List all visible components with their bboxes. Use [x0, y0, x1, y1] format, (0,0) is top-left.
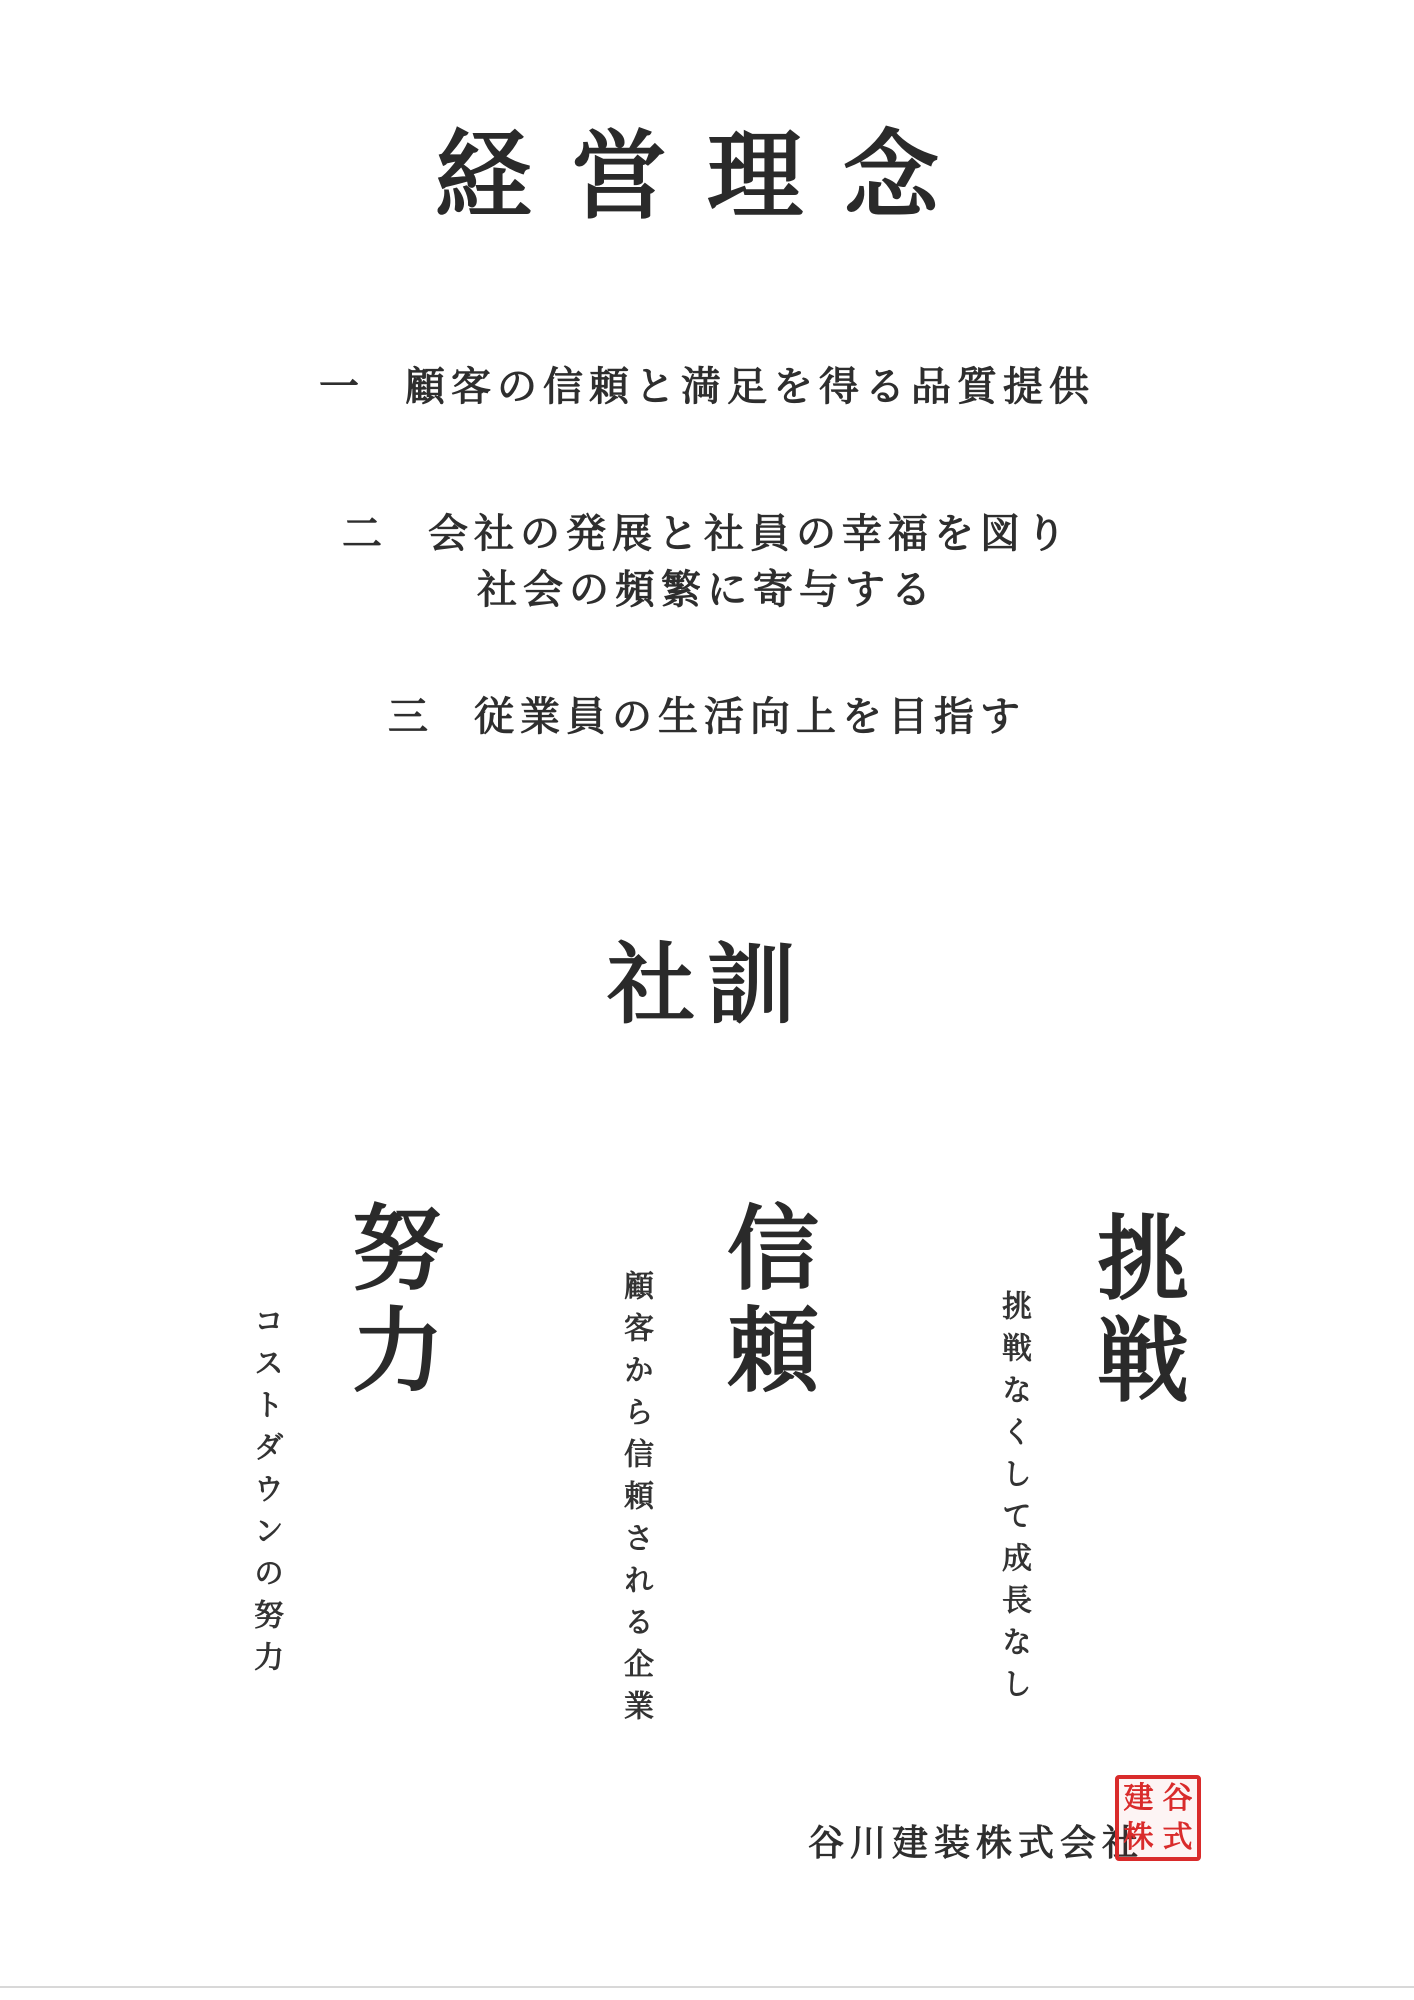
- philosophy-item-2: 二会社の発展と社員の幸福を図り: [0, 502, 1414, 559]
- motto-effort-title: 努力: [345, 1200, 437, 1404]
- philosophy-item-1: 一顧客の信頼と満足を得る品質提供: [0, 355, 1414, 412]
- philosophy-heading: 経営理念: [0, 100, 1414, 237]
- motto-challenge-caption: 挑戦なくして成長なし: [998, 1290, 1028, 1710]
- item-number: 二: [342, 502, 388, 559]
- seal-char: 株: [1119, 1818, 1158, 1857]
- philosophy-item-2-continued: 社会の頻繁に寄与する: [0, 558, 1414, 615]
- item-text: 顧客の信頼と満足を得る品質提供: [405, 363, 1095, 410]
- philosophy-item-3: 三従業員の生活向上を目指す: [0, 685, 1414, 742]
- motto-effort-caption: コストダウンの努力: [250, 1305, 280, 1683]
- motto-trust-caption: 顧客から信頼される企業: [620, 1270, 650, 1732]
- company-seal-stamp: 建 谷 株 式: [1115, 1775, 1201, 1861]
- item-number: 一: [319, 355, 365, 412]
- motto-heading: 社訓: [0, 915, 1414, 1041]
- seal-char: 谷: [1158, 1779, 1197, 1818]
- seal-char: 式: [1158, 1818, 1197, 1857]
- item-number: 三: [388, 685, 434, 742]
- motto-challenge-title: 挑戦: [1090, 1210, 1182, 1414]
- item-text: 会社の発展と社員の幸福を図り: [428, 510, 1072, 557]
- company-name: 谷川建装株式会社: [808, 1815, 1144, 1866]
- seal-char: 建: [1119, 1779, 1158, 1818]
- item-text: 社会の頻繁に寄与する: [477, 566, 937, 613]
- motto-trust-title: 信頼: [720, 1200, 812, 1404]
- scan-edge-divider: [0, 1986, 1414, 1988]
- item-text: 従業員の生活向上を目指す: [474, 693, 1026, 740]
